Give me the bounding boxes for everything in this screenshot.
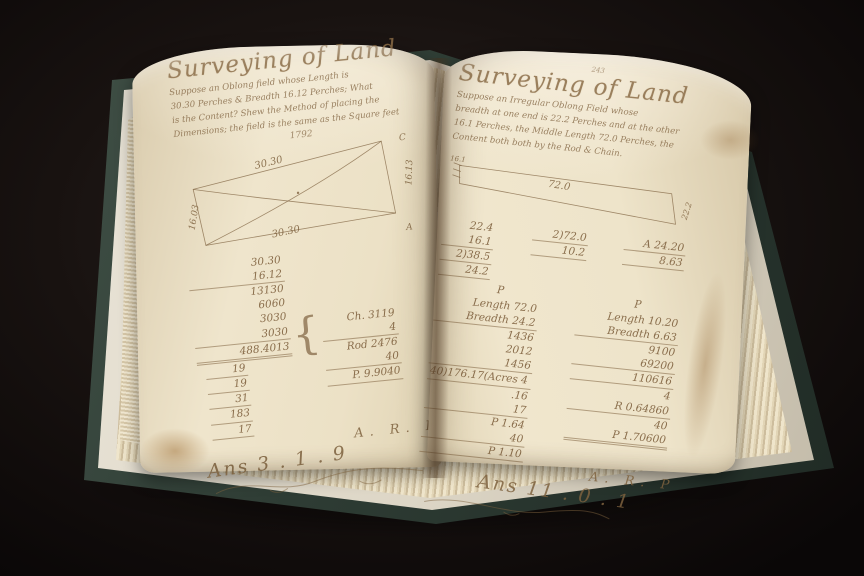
- chain-method: P Length 10.20 Breadth 6.63 9100 69200 1…: [561, 292, 699, 480]
- calc-line: 17: [211, 421, 254, 440]
- calc-line: Ch. 3119: [320, 305, 397, 327]
- curly-brace: {: [290, 311, 330, 431]
- intro-line: 16.1 Perches, the Middle Length 72.0 Per…: [453, 116, 729, 159]
- calc-line: 22.4: [443, 216, 496, 236]
- intro-line: 30.30 Perches & Breadth 16.12 Perches; W…: [170, 76, 424, 116]
- field-label-left: 16.03: [188, 203, 202, 230]
- side-column: 19 19 31 183 17: [203, 361, 256, 441]
- right-page-title: Surveying of Land: [458, 60, 735, 115]
- calc-line: 8.63: [622, 250, 685, 272]
- methods-row: P Length 72.0 Breadth 24.2 1436 2012 145…: [419, 277, 712, 481]
- calc-line: Rod 2476: [323, 334, 400, 356]
- calc-line: Breadth 6.63: [574, 320, 679, 346]
- chain-column: Length 10.20 Breadth 6.63 9100 69200 110…: [563, 306, 680, 451]
- book-gutter-shadow: [422, 58, 452, 478]
- calc-line: 16.12: [188, 267, 285, 292]
- calc-line: 2)72.0: [532, 225, 589, 246]
- end-ticks: [452, 162, 461, 177]
- calc-line: Length 10.20: [576, 306, 681, 331]
- calc-line: A 24.20: [624, 235, 687, 257]
- left-page-date-note: 1792: [174, 117, 428, 153]
- average-column-c: A 24.20 8.63: [619, 235, 687, 301]
- calc-line: 3030: [192, 310, 289, 334]
- field-label-bottom: 30.30: [271, 224, 302, 241]
- field-label-top: 30.30: [253, 154, 284, 172]
- left-page-title: Surveying of Land: [166, 33, 421, 85]
- calc-line: 40: [325, 348, 402, 371]
- left-page: Surveying of Land Suppose an Oblong fiel…: [132, 43, 443, 473]
- field-diagram-left: 30.30 16.03 16.13 30.30 C A: [176, 131, 423, 257]
- left-page-problem-text: Suppose an Oblong field whose Length is …: [169, 62, 427, 143]
- field-corner-a: A: [405, 222, 414, 233]
- photo-scene: 19 183 Surveying of Land Suppose an Oblo…: [0, 0, 864, 576]
- calc-line: 6060: [191, 296, 288, 320]
- right-page-problem-text: Suppose an Irregular Oblong Field whose …: [452, 89, 732, 173]
- field-right-end-label: 22.2: [680, 201, 694, 222]
- right-page-number: 243: [461, 52, 736, 89]
- calc-line: Length 72.0: [435, 291, 540, 316]
- calc-line: 40: [565, 409, 670, 434]
- calc-line: 19: [207, 376, 250, 395]
- field-outline: [456, 165, 680, 224]
- field-left-end-label: 16.1: [450, 154, 466, 164]
- calc-line: 9100: [573, 335, 678, 360]
- column-heading: P: [436, 277, 565, 304]
- column-heading: P: [577, 292, 698, 319]
- intro-line: is the Content? Shew the Method of placi…: [172, 89, 426, 129]
- field-center-dot: [297, 191, 300, 194]
- calc-line: R 0.64860: [567, 394, 672, 420]
- field-label-right: 16.13: [404, 159, 415, 185]
- field-corner-c: C: [399, 132, 407, 143]
- intro-line: Suppose an Irregular Oblong Field whose: [456, 89, 732, 132]
- calc-line: P. 9.9040: [326, 364, 403, 387]
- field-length-label: 72.0: [547, 179, 571, 193]
- average-column-b: 2)72.0 10.2: [527, 225, 589, 290]
- intro-line: Dimensions; the field is the same as the…: [173, 103, 427, 143]
- intro-line: Suppose an Oblong field whose Length is: [169, 62, 423, 102]
- calc-line: 4: [568, 379, 673, 404]
- calc-line: 69200: [571, 349, 676, 375]
- right-page: 243 Surveying of Land Suppose an Irregul…: [427, 47, 753, 475]
- calc-line: 110616: [570, 364, 675, 390]
- intro-line: Content both both by the Rod & Chain.: [452, 130, 728, 173]
- calc-line: 30.30: [186, 252, 283, 276]
- calc-line: 183: [210, 406, 253, 425]
- left-page-content: Surveying of Land Suppose an Oblong fiel…: [166, 33, 464, 508]
- left-calculation: 30.30 16.12 13130 6060 3030 3030 488.401…: [186, 236, 457, 441]
- calc-line: 13130: [189, 282, 286, 306]
- multiplication-column: 30.30 16.12 13130 6060 3030 3030 488.401…: [186, 252, 300, 441]
- field-diagram-right: 72.0 16.1 22.2: [445, 152, 702, 236]
- calc-line: P 1.70600: [563, 423, 668, 451]
- field-outline: [190, 140, 397, 246]
- calc-line: 3030: [194, 324, 291, 349]
- conversion-column: Ch. 3119 4 Rod 2476 40 P. 9.9040: [320, 305, 407, 428]
- field-diagonal: [193, 169, 395, 233]
- field-diagonal: [197, 141, 390, 245]
- calc-product: 488.4013: [195, 339, 292, 366]
- calc-line: 4: [322, 319, 399, 342]
- calc-line: 19: [205, 361, 248, 380]
- intro-line: breadth at one end is 22.2 Perches and a…: [455, 103, 731, 146]
- calc-line: 10.2: [530, 240, 587, 261]
- averaging-row: 22.4 16.1 2)38.5 24.2 2)72.0 10.2 A 24.2…: [438, 216, 719, 304]
- right-page-content: 243 Surveying of Land Suppose an Irregul…: [413, 52, 736, 542]
- calc-line: 31: [208, 391, 251, 410]
